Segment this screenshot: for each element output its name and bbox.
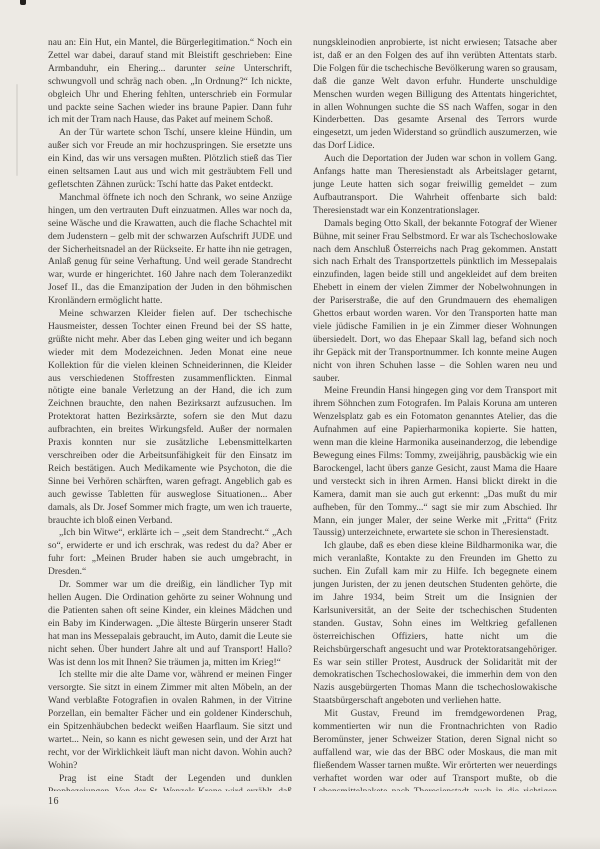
paragraph: Dr. Sommer war um die dreißig, ein ländl… (48, 579, 292, 669)
page-number: 16 (48, 796, 59, 807)
column-right: nungskleinodien anprobierte, ist nicht e… (313, 37, 557, 791)
body-text: Mit Gustav, Freund im fremdgewordenen Pr… (313, 709, 557, 791)
body-text: Dr. Sommer war um die dreißig, ein ländl… (48, 580, 292, 667)
text-columns: nau an: Ein Hut, ein Mantel, die Bürgerl… (48, 37, 557, 791)
body-text: Manchmal öffnete ich noch den Schrank, w… (48, 193, 292, 306)
paragraph: Mit Gustav, Freund im fremdgewordenen Pr… (313, 708, 557, 791)
body-text: Damals beging Otto Skall, der bekannte F… (313, 219, 557, 384)
scan-edge-shadow (16, 84, 18, 176)
body-text: nungskleinodien anprobierte, ist nicht e… (313, 38, 557, 151)
column-left: nau an: Ein Hut, ein Mantel, die Bürgerl… (48, 37, 292, 791)
paragraph: Damals beging Otto Skall, der bekannte F… (313, 218, 557, 386)
body-text: „Ich bin Witwe“, erklärte ich – „seit de… (48, 528, 292, 577)
body-text: Ich stellte mir die alte Dame vor, währe… (48, 670, 292, 770)
body-text: An der Tür wartete schon Tschí, unsere k… (48, 128, 292, 190)
body-text: Meine Freundin Hansi hingegen ging vor d… (313, 386, 557, 538)
book-page: nau an: Ein Hut, ein Mantel, die Bürgerl… (0, 0, 600, 849)
paragraph: nungskleinodien anprobierte, ist nicht e… (313, 37, 557, 153)
body-text: Prag ist eine Stadt der Legenden und dun… (48, 774, 292, 791)
scan-speck-artifact (20, 0, 26, 5)
paragraph: Meine schwarzen Kleider fielen auf. Der … (48, 308, 292, 527)
paragraph: Ich glaube, daß es eben diese kleine Bil… (313, 540, 557, 708)
paragraph: Prag ist eine Stadt der Legenden und dun… (48, 773, 292, 791)
body-text: Meine schwarzen Kleider fielen auf. Der … (48, 309, 292, 526)
emphasized-text: seine (215, 64, 235, 74)
paragraph: Auch die Deportation der Juden war schon… (313, 153, 557, 218)
paragraph: nau an: Ein Hut, ein Mantel, die Bürgerl… (48, 37, 292, 127)
body-text: Auch die Deportation der Juden war schon… (313, 154, 557, 216)
paragraph: An der Tür wartete schon Tschí, unsere k… (48, 127, 292, 192)
paragraph: Ich stellte mir die alte Dame vor, währe… (48, 669, 292, 772)
paragraph: Manchmal öffnete ich noch den Schrank, w… (48, 192, 292, 308)
paragraph: „Ich bin Witwe“, erklärte ich – „seit de… (48, 527, 292, 579)
body-text: Ich glaube, daß es eben diese kleine Bil… (313, 541, 557, 706)
paragraph: Meine Freundin Hansi hingegen ging vor d… (313, 385, 557, 540)
scan-bottom-shade (0, 837, 600, 849)
scan-corner-shade (0, 803, 140, 849)
